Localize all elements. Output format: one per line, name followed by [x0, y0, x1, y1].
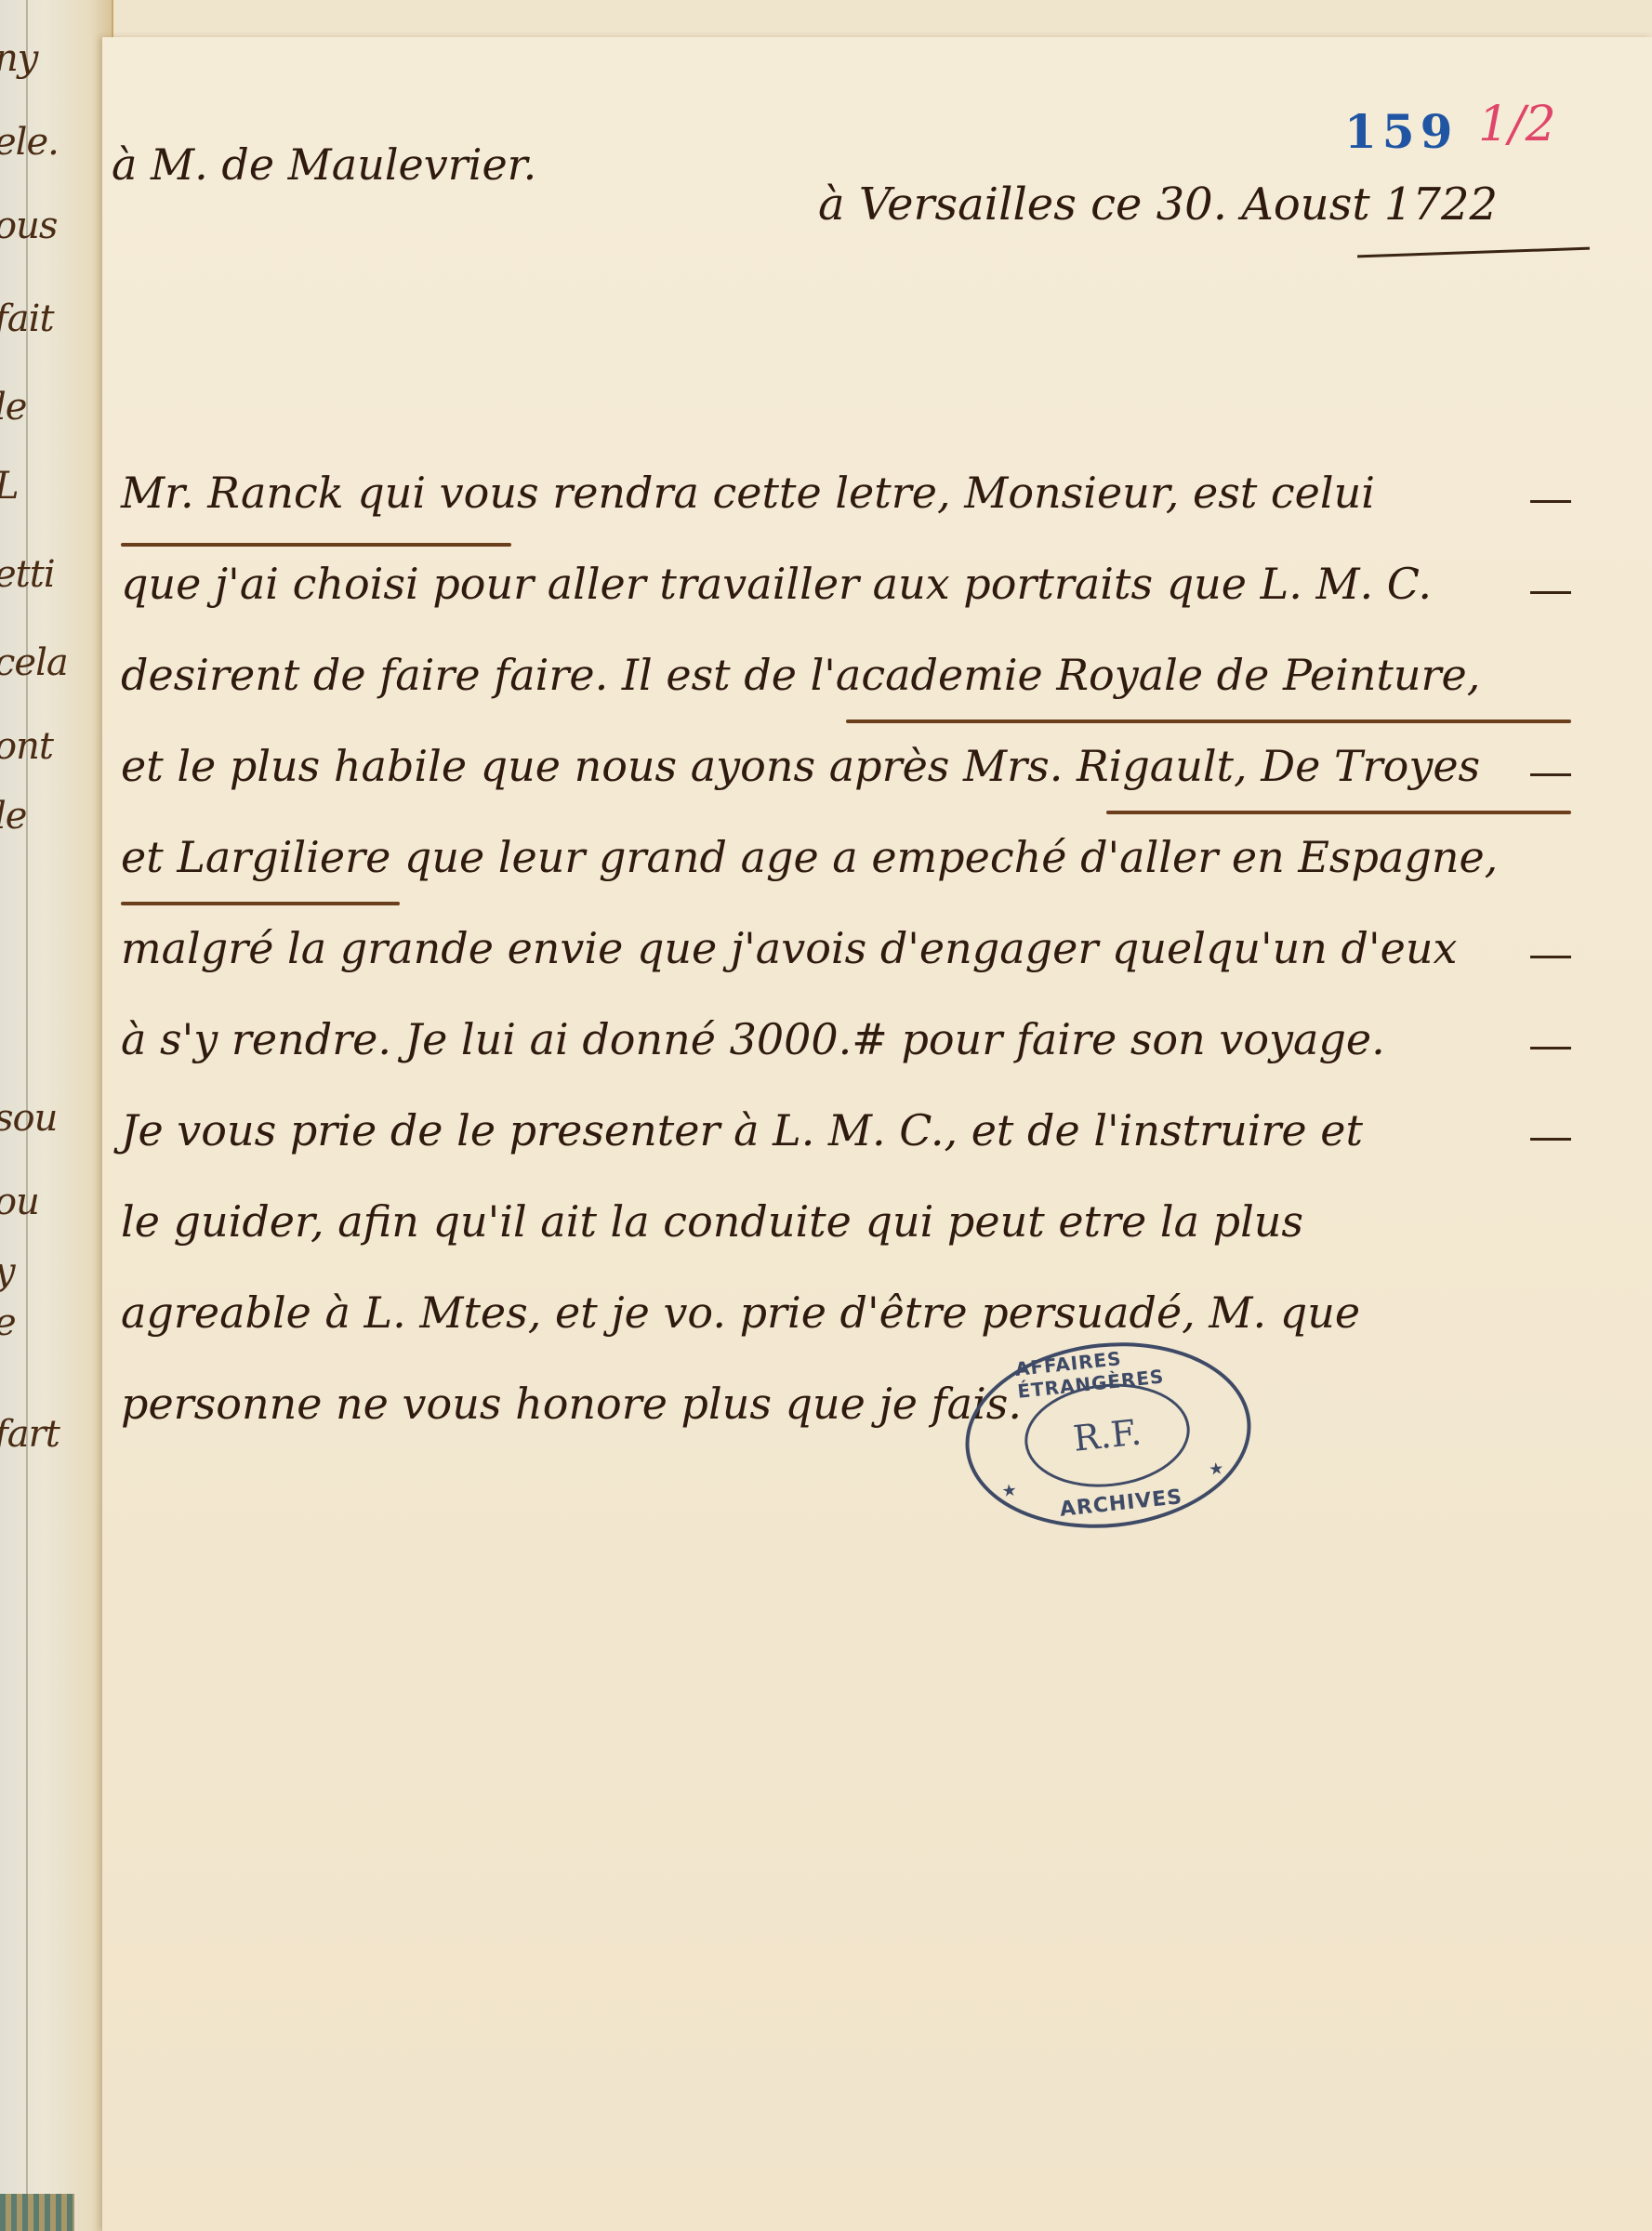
dateline-rule — [1357, 247, 1590, 258]
letter-line-text: desirent de faire faire. Il est de l'aca… — [121, 650, 1480, 700]
facing-page-fragment: L — [0, 465, 19, 508]
line-filler-dash — [1530, 591, 1571, 594]
facing-page-fragment: le — [0, 386, 26, 429]
letter-line-text: à s'y rendre. Je lui ai donné 3000.# pou… — [121, 1014, 1385, 1064]
facing-page-fragment: ou — [0, 1181, 39, 1223]
addressee: à M. de Maulevrier. — [112, 139, 536, 190]
underline-mark — [1106, 811, 1571, 814]
line-filler-dash — [1530, 1138, 1571, 1141]
line-filler-dash — [1530, 1047, 1571, 1049]
letter-line: malgré la grande envie que j'avois d'eng… — [121, 920, 1571, 1011]
facing-page-fragment: ele. — [0, 121, 59, 164]
star-icon: ★ — [1001, 1481, 1018, 1502]
facing-page-fragment: y — [0, 1250, 15, 1293]
dateline: à Versailles ce 30. Aoust 1722 — [818, 178, 1498, 231]
star-icon: ★ — [1208, 1459, 1224, 1480]
letter-sheet: 159 1/2 à M. de Maulevrier. à Versailles… — [102, 37, 1652, 2231]
letter-line-text: le guider, afin qu'il ait la conduite qu… — [121, 1196, 1303, 1247]
letter-line: le guider, afin qu'il ait la conduite qu… — [121, 1194, 1571, 1285]
folio-sub-number: 1/2 — [1478, 97, 1556, 152]
letter-line: et le plus habile que nous ayons après M… — [121, 738, 1571, 829]
facing-page-fragment: ont — [0, 725, 53, 768]
facing-page-fragment: e — [0, 1301, 16, 1344]
letter-body: Mr. Ranck qui vous rendra cette letre, M… — [121, 465, 1571, 1467]
letter-line: Je vous prie de le presenter à L. M. C.,… — [121, 1102, 1571, 1194]
facing-page-edge: ny ele. ous fait le L etti cela ont le s… — [0, 0, 113, 2231]
letter-line-text: personne ne vous honore plus que je fais… — [121, 1379, 1022, 1429]
letter-line-text: malgré la grande envie que j'avois d'eng… — [121, 923, 1457, 973]
letter-line: agreable à L. Mtes, et je vo. prie d'êtr… — [121, 1285, 1571, 1376]
letter-line: Mr. Ranck qui vous rendra cette letre, M… — [121, 465, 1571, 556]
line-filler-dash — [1530, 773, 1571, 776]
folio-number: 159 — [1344, 104, 1458, 159]
stamp-center-text: R.F. — [1071, 1411, 1143, 1459]
letter-line: à s'y rendre. Je lui ai donné 3000.# pou… — [121, 1011, 1571, 1102]
facing-page-fragment: le — [0, 795, 26, 838]
letter-line-text: Je vous prie de le presenter à L. M. C.,… — [121, 1105, 1363, 1155]
letter-line: personne ne vous honore plus que je fais… — [121, 1376, 1571, 1467]
facing-page-fragment: cela — [0, 641, 68, 684]
underline-mark — [121, 902, 400, 905]
letter-line-text: agreable à L. Mtes, et je vo. prie d'êtr… — [121, 1287, 1360, 1338]
binding-cloth — [0, 2194, 74, 2231]
facing-page-fragment: fart — [0, 1413, 59, 1456]
line-filler-dash — [1530, 500, 1571, 503]
facing-page-fragment: fait — [0, 297, 54, 340]
letter-line-text: et Largiliere que leur grand age a empec… — [121, 832, 1498, 882]
letter-line: et Largiliere que leur grand age a empec… — [121, 829, 1571, 920]
letter-line-text: Mr. Ranck qui vous rendra cette letre, M… — [121, 468, 1375, 518]
facing-page-fragment: ny — [0, 37, 37, 80]
facing-page-fragment: etti — [0, 553, 55, 596]
letter-line-text: que j'ai choisi pour aller travailler au… — [121, 559, 1432, 609]
facing-page-fragment: ous — [0, 205, 57, 247]
letter-line-text: et le plus habile que nous ayons après M… — [121, 741, 1480, 791]
facing-page-fragment: sou — [0, 1097, 57, 1140]
stamp-bottom-text: ARCHIVES — [1059, 1485, 1183, 1522]
letter-line: desirent de faire faire. Il est de l'aca… — [121, 647, 1571, 738]
underline-mark — [121, 543, 511, 547]
letter-line: que j'ai choisi pour aller travailler au… — [121, 556, 1571, 647]
line-filler-dash — [1530, 956, 1571, 958]
underline-mark — [846, 719, 1571, 723]
